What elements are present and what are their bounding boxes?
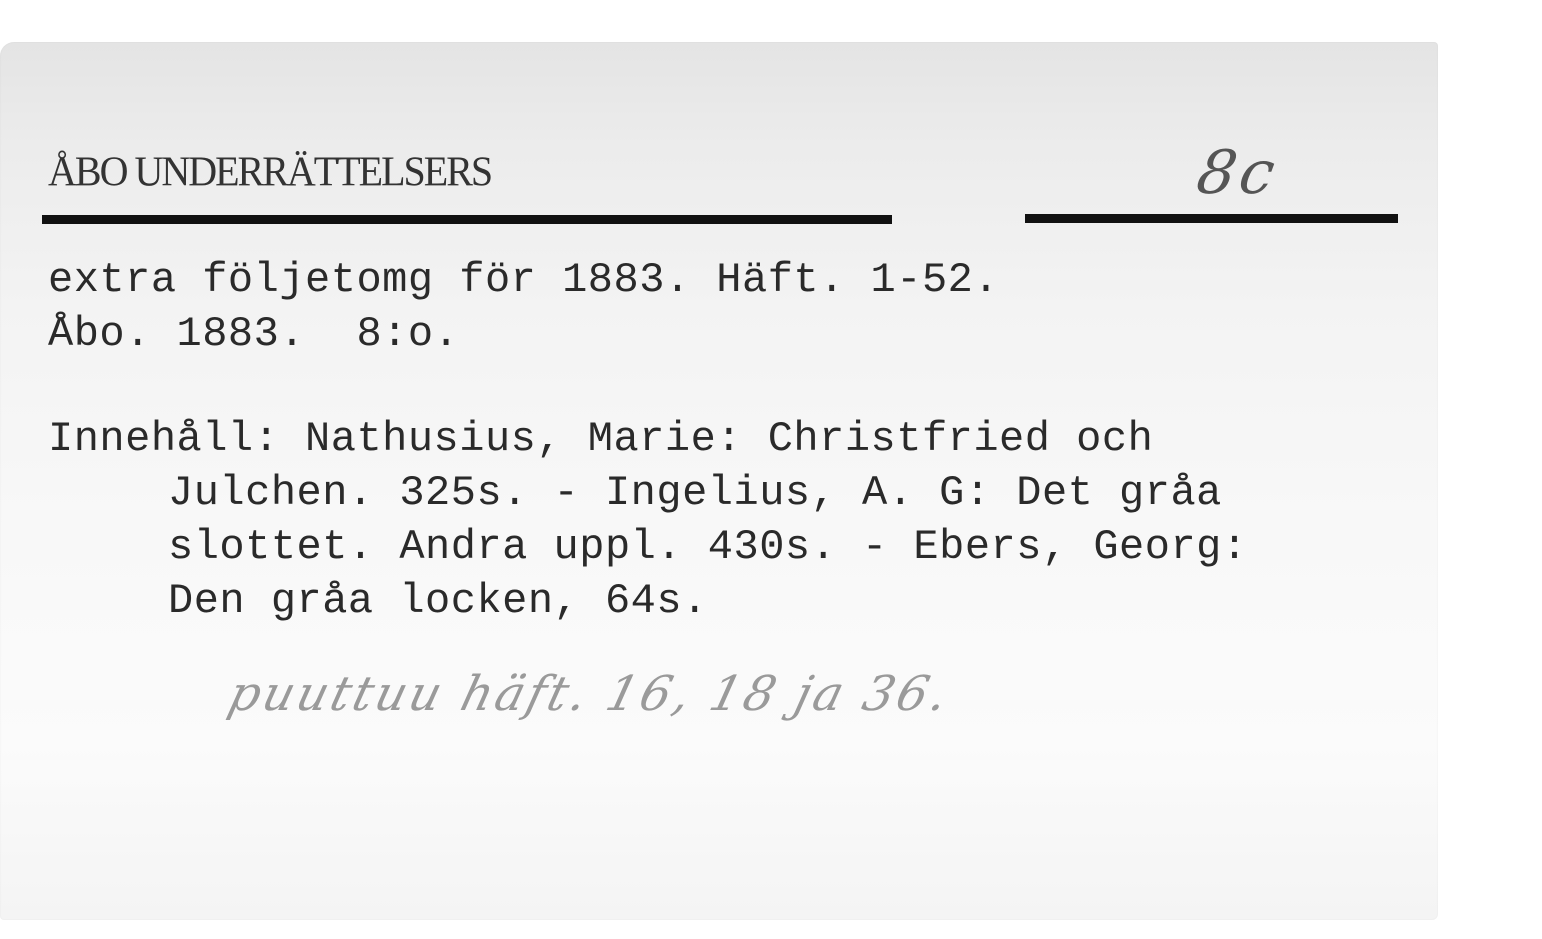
catalog-card: ÅBO UNDERRÄTTELSERS 8c extra följetomg f… [0,42,1438,920]
handwritten-note: puuttuu häft. 16, 18 ja 36. [223,666,956,722]
card-heading: ÅBO UNDERRÄTTELSERS [48,147,491,196]
imprint-line: Åbo. 1883. 8:o. [48,310,459,358]
contents-line: Innehåll: Nathusius, Marie: Christfried … [48,415,1153,463]
heading-rule-left [42,215,892,224]
contents-line: Den gråa locken, 64s. [168,577,708,625]
heading-rule-right [1025,214,1398,223]
shelfmark: 8c [1192,138,1284,208]
title-line: extra följetomg för 1883. Häft. 1-52. [48,256,999,304]
contents-line: slottet. Andra uppl. 430s. - Ebers, Geor… [168,523,1248,571]
contents-line: Julchen. 325s. - Ingelius, A. G: Det grå… [168,469,1222,517]
